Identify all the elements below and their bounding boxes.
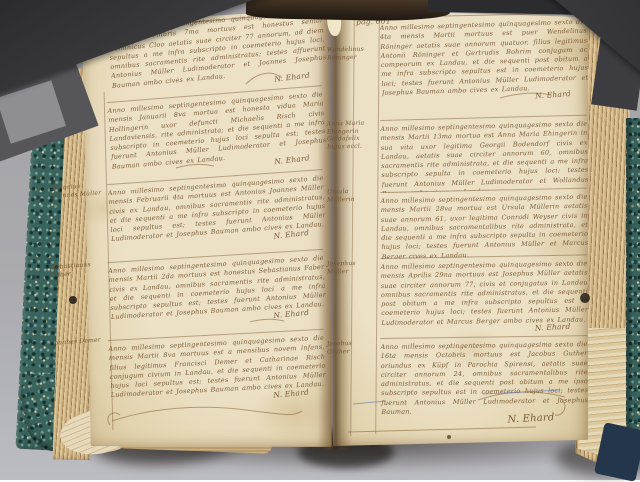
photo-background: 45 pag. 600 pag. 601 Dominicus ClooMaria… bbox=[0, 0, 640, 480]
ink-flourish bbox=[108, 73, 565, 432]
spine-top-edge bbox=[246, 0, 450, 22]
ink-blot bbox=[69, 293, 590, 439]
ink-flourishes-overlay bbox=[0, 0, 640, 480]
